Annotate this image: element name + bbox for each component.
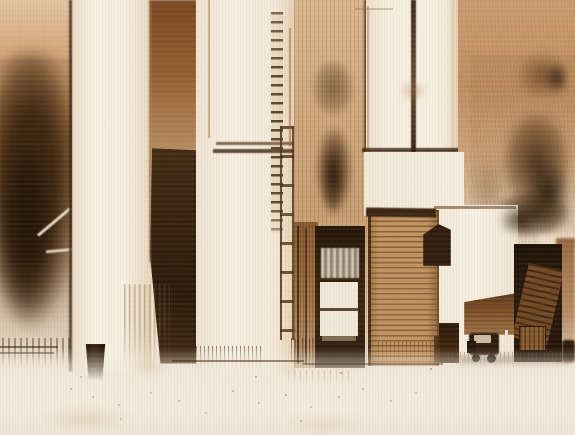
left-brush-streaks	[0, 58, 80, 370]
ground-baseline	[303, 363, 443, 365]
opening-sill	[322, 336, 356, 341]
thin-pole	[289, 28, 291, 146]
truck-windshield	[474, 335, 491, 343]
opening-white-panel-upper	[321, 248, 359, 278]
tower-edge-line	[367, 6, 369, 152]
door-header-beam	[366, 208, 436, 218]
silo-edge-line	[69, 0, 72, 372]
ground-smudge	[28, 406, 144, 432]
painting-canvas	[0, 0, 575, 435]
faint-roof-line	[355, 8, 393, 10]
ground-baseline	[172, 360, 304, 362]
rust-smudge	[394, 76, 432, 106]
ground-smudge	[272, 416, 376, 434]
panel-divider-line	[320, 308, 358, 311]
seam-line	[208, 0, 210, 138]
center-shrub-core	[317, 128, 349, 230]
center-shrub-upper	[306, 52, 360, 124]
faint-ground-marks	[288, 370, 352, 386]
ground-speckles	[0, 0, 2, 2]
